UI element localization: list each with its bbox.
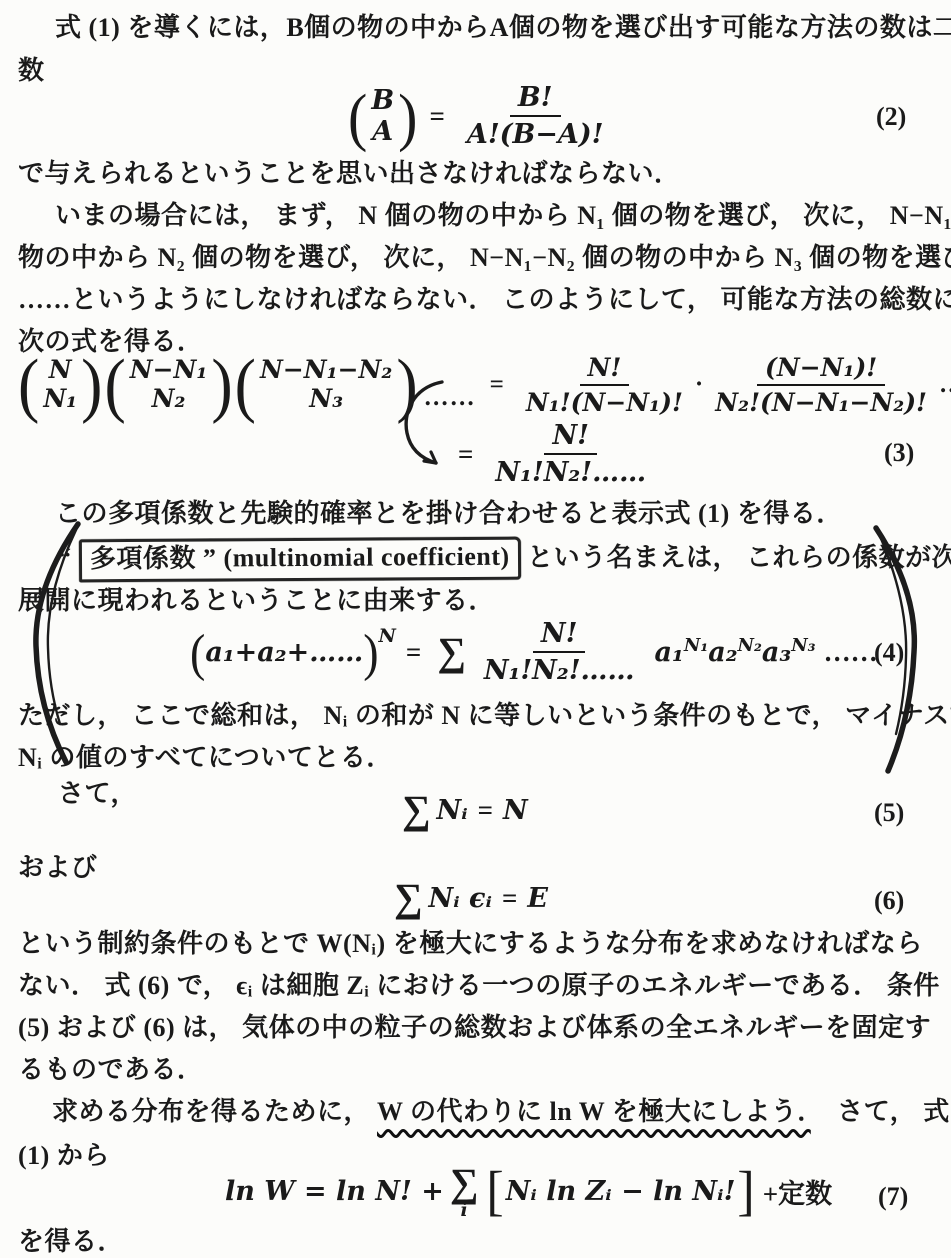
term-1: a₁N₁ [655, 637, 709, 668]
fraction: N! N₁!N₂!…… [476, 618, 643, 686]
left-paren: ( [235, 344, 256, 427]
lhs: Nᵢ [437, 795, 468, 826]
equation-7: ln W = ln N! + ∑ i [ Nᵢ ln Zᵢ − ln Nᵢ! ]… [225, 1162, 832, 1221]
term-2: a₂N₂ [708, 637, 762, 668]
right-bracket: ] [737, 1161, 754, 1223]
bracket-body: Nᵢ ln Zᵢ − ln Nᵢ! [506, 1176, 736, 1207]
numerator: B! [510, 82, 561, 117]
equation-4-number: (4) [874, 638, 904, 668]
binomial-2: ( N−N₁ N₂ ) [104, 348, 232, 422]
binomial-1: ( N N₁ ) [18, 348, 102, 422]
equals-sign: = [502, 883, 517, 914]
paragraph-1-line-2: 数 [18, 55, 45, 88]
paragraph-3: この多項係数と先験的確率とを掛け合わせると表示式 (1) を得る． [55, 498, 843, 531]
denominator: N₁!N₂!…… [487, 455, 654, 488]
paragraph-8-line-3: (5) および (6) は， 気体の中の粒子の総数および体系の全エネルギーを固定… [18, 1012, 931, 1045]
equation-3-line-1: ( N N₁ ) ( N−N₁ N₂ ) ( N−N₁−N₂ N₃ ) …… = [18, 348, 951, 422]
paragraph-4-line-1: “ 多項係数 ” (multinomial coefficient) という名ま… [58, 538, 951, 581]
equals-sign: = [406, 637, 421, 668]
paragraph-9-line-1: 求める分布を得るために， W の代わりに ln W を極大にしよう． さて， 式 [52, 1096, 950, 1129]
sigma-with-index: ∑ i [450, 1163, 479, 1220]
left-paren: ( [348, 78, 367, 153]
paragraph-9-prefix: 求める分布を得るために， [52, 1097, 377, 1126]
equation-2-number: (2) [876, 102, 906, 132]
binomial-3: ( N−N₁−N₂ N₃ ) [235, 348, 418, 422]
sigma-icon: ∑ [402, 790, 431, 830]
ellipsis: …… [939, 371, 951, 399]
denominator: A!(B−A)! [459, 117, 612, 150]
fraction-1: N! N₁!(N−N₁)! [518, 353, 691, 417]
ellipsis: …… [824, 637, 878, 668]
right-paren: ) [211, 344, 232, 427]
hand-drawn-box: 多項係数 ” (multinomial coefficient) [78, 537, 520, 582]
paragraph-2-line-3: ……というようにしなければならない． このようにして， 可能な方法の総数について [18, 284, 951, 317]
wavy-underlined-phrase: W の代わりに ln W を極大にしよう． [377, 1097, 811, 1126]
paragraph-8-line-2: ない． 式 (6) で， ϵᵢ は細胞 Zᵢ における一つの原子のエネルギーであ… [18, 970, 940, 1003]
equals-sign: = [490, 371, 504, 399]
paragraph-8-line-1: という制約条件のもとで W(Nᵢ) を極大にするような分布を求めなければなら [18, 928, 923, 961]
paragraph-1b: で与えられるということを思い出さなければならない． [18, 158, 681, 191]
paragraph-8-line-4: るものである． [18, 1054, 204, 1087]
numerator: N! [544, 420, 597, 455]
sigma-index: i [461, 1201, 468, 1220]
paragraph-7: および [18, 852, 98, 885]
sigma-icon: ∑ [450, 1163, 479, 1203]
paragraph-2-line-1: いまの場合には， まず， N 個の物の中から N₁ 個の物を選び， 次に， N−… [55, 200, 951, 233]
constant-term: +定数 [763, 1172, 832, 1211]
fraction-3: N! N₁!N₂!…… [487, 420, 654, 488]
numerator: (N−N₁)! [757, 353, 885, 386]
denominator: N₂!(N−N₁−N₂)! [707, 386, 935, 417]
fraction-2: (N−N₁)! N₂!(N−N₁−N₂)! [707, 353, 935, 417]
paragraph-4-line-2: 展開に現われるということに由来する． [18, 585, 495, 618]
binom-top: N−N₁−N₂ [260, 356, 392, 385]
denominator: N₁!(N−N₁)! [518, 386, 691, 417]
right-paren: ) [398, 78, 417, 153]
binom-top: B [371, 85, 394, 116]
binom-top: N−N₁ [130, 356, 208, 385]
binom-bottom: N₃ [309, 385, 343, 414]
rhs: E [527, 883, 548, 914]
equation-7-number: (7) [878, 1182, 908, 1212]
equals-sign: = [429, 101, 444, 132]
equation-6-number: (6) [874, 886, 904, 916]
rhs: N [503, 795, 528, 826]
numerator: N! [533, 618, 586, 653]
numerator: N! [580, 353, 630, 386]
equation-3-line-2: = N! N₁!N₂!…… [448, 420, 658, 488]
hand-drawn-arrow [398, 378, 466, 470]
binom-bottom: N₁ [43, 385, 77, 414]
binom-bottom: A [372, 116, 393, 147]
paragraph-5-line-1: ただし， ここで総和は， Nᵢ の和が N に等しいという条件のもとで， マイナ… [18, 700, 951, 733]
lhs: Nᵢ ϵᵢ [429, 883, 492, 914]
equation-5: ∑ Nᵢ = N [396, 790, 528, 830]
fraction: B! A!(B−A)! [459, 82, 612, 150]
sum-body: a₁+a₂+…… [205, 637, 363, 668]
exponent: N [379, 625, 396, 647]
binom-top: N [49, 356, 72, 385]
paragraph-9-suffix: さて， 式 [811, 1097, 950, 1126]
term-3: a₃N₃ [762, 637, 816, 668]
paragraph-6: さて， [58, 778, 137, 811]
paragraph-9-line-2: (1) から [18, 1140, 110, 1173]
sigma-icon: ∑ [394, 878, 423, 918]
equation-4: ( a₁+a₂+…… ) N = ∑ N! N₁!N₂!…… a₁N₁ a₂N₂… [190, 618, 878, 686]
center-dot: · [695, 371, 703, 399]
equals-sign: = [478, 795, 493, 826]
paragraph-5-line-2: Nᵢ の値のすべてについてとる． [18, 742, 393, 775]
right-paren: ) [363, 622, 378, 681]
left-paren: ( [190, 622, 205, 681]
equation-6: ∑ Nᵢ ϵᵢ = E [388, 878, 548, 918]
binom-bottom: N₂ [152, 385, 186, 414]
equation-5-number: (5) [874, 798, 904, 828]
scanned-page: 式 (1) を導くには，B個の物の中からA個の物を選び出す可能な方法の数は二項係… [0, 0, 951, 1258]
left-paren: ( [104, 344, 125, 427]
lhs: ln W = ln N! + [225, 1176, 444, 1207]
paragraph-1-line-1: 式 (1) を導くには，B個の物の中からA個の物を選び出す可能な方法の数は二項係 [55, 12, 951, 45]
left-paren: ( [18, 344, 39, 427]
left-bracket: [ [486, 1161, 503, 1223]
binomial-BA: ( B A ) [348, 83, 417, 150]
right-paren: ) [81, 344, 102, 427]
paragraph-2-line-2: 物の中から N₂ 個の物を選び， 次に， N−N₁−N₂ 個の物の中から N₃ … [18, 242, 951, 275]
paragraph-10: を得る． [18, 1226, 124, 1258]
equation-2: ( B A ) = B! A!(B−A)! [348, 82, 615, 150]
sigma-icon: ∑ [437, 632, 466, 672]
denominator: N₁!N₂!…… [476, 653, 643, 686]
equation-3-number: (3) [884, 438, 914, 468]
